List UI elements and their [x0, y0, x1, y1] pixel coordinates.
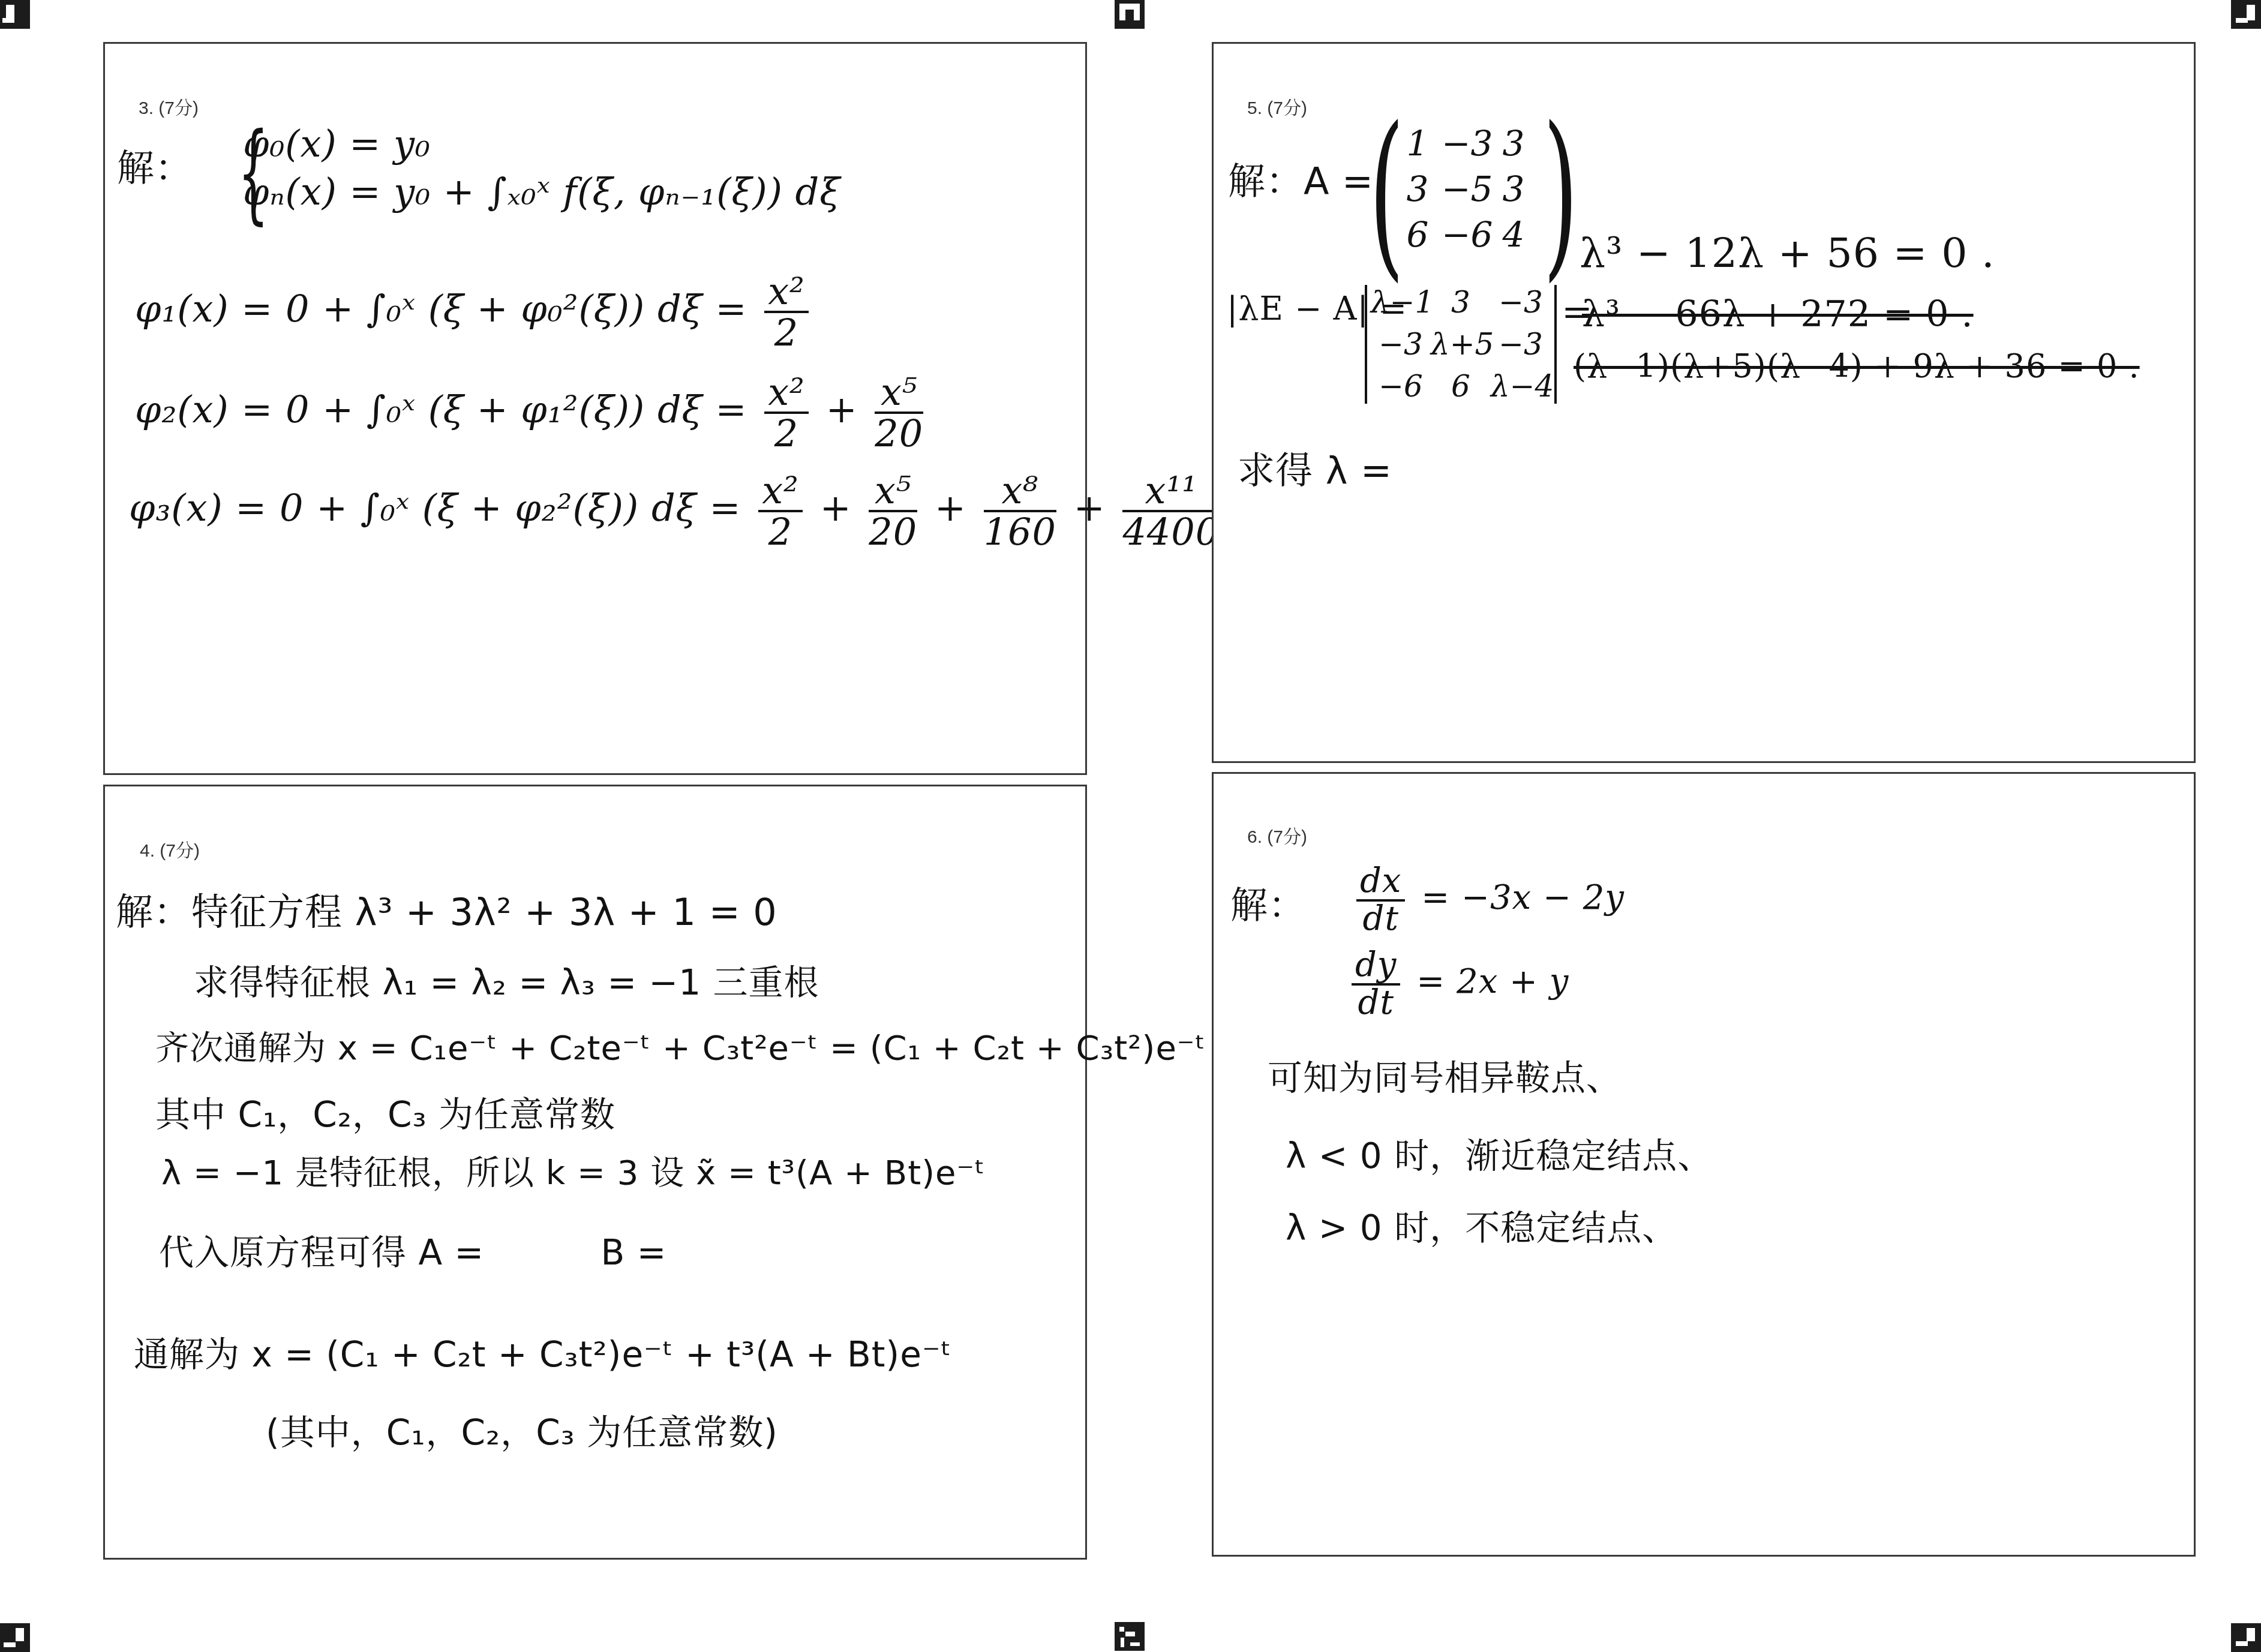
- system-line-1: φ₀(x) = y₀: [243, 122, 431, 166]
- answer-line-7: 通解为 x = (C₁ + C₂t + C₃t²)e⁻ᵗ + t³(A + Bt…: [134, 1326, 952, 1377]
- answer-box-q4: 4. (7分) 解：特征方程 λ³ + 3λ² + 3λ + 1 = 0 求得特…: [103, 785, 1087, 1560]
- system-line-2: φₙ(x) = y₀ + ∫ₓ₀ˣ f(ξ, φₙ₋₁(ξ)) dξ: [243, 170, 840, 214]
- registration-marker-bottom-center: [1115, 1622, 1145, 1651]
- question-label: 4. (7分): [140, 836, 200, 862]
- answer-box-q5: 5. (7分) 解：A = ( 1 −3 3 3 −5 3 6 −6 4 ) λ…: [1212, 42, 2196, 763]
- registration-marker-top-left: [0, 0, 30, 29]
- result-line: 求得 λ =: [1238, 441, 1392, 494]
- answer-line-2: 求得特征根 λ₁ = λ₂ = λ₃ = −1 三重根: [194, 954, 819, 1005]
- answer-line-1: 解：特征方程 λ³ + 3λ² + 3λ + 1 = 0: [116, 882, 777, 936]
- fraction: dy dt: [1352, 948, 1400, 1021]
- phi1-lhs: φ₁(x) = 0 + ∫₀ˣ (ξ + φ₀²(ξ)) dξ =: [135, 287, 747, 331]
- characteristic-equation: λ³ − 12λ + 56 = 0 .: [1580, 230, 1995, 277]
- equation-dx-dt: dx dt = −3x − 2y: [1352, 864, 1625, 937]
- struck-out-line-2: (λ−1)(λ+5)(λ−4) + 9λ + 36 = 0 .: [1574, 347, 2140, 385]
- conclusion-line-2: λ < 0 时，渐近稳定结点、: [1286, 1128, 1713, 1178]
- fraction: x² 2: [764, 272, 809, 352]
- phi2-lhs: φ₂(x) = 0 + ∫₀ˣ (ξ + φ₁²(ξ)) dξ =: [135, 388, 747, 431]
- fraction: x² 2: [758, 471, 803, 551]
- answer-box-q6: 6. (7分) 解： dx dt = −3x − 2y dy dt = 2x +…: [1212, 772, 2196, 1557]
- solve-prefix: 解：: [117, 139, 193, 192]
- answer-box-q3: 3. (7分) 解： { φ₀(x) = y₀ φₙ(x) = y₀ + ∫ₓ₀…: [103, 42, 1087, 775]
- registration-marker-top-center: [1115, 0, 1145, 29]
- determinant-matrix: λ−1 3 −3 −3 λ+5 −3 −6 6 λ−4: [1365, 285, 1557, 404]
- phi1-equation: φ₁(x) = 0 + ∫₀ˣ (ξ + φ₀²(ξ)) dξ = x² 2: [135, 272, 813, 352]
- answer-line-3: 齐次通解为 x = C₁e⁻ᵗ + C₂te⁻ᵗ + C₃t²e⁻ᵗ = (C₁…: [155, 1022, 1206, 1070]
- question-label: 5. (7分): [1247, 93, 1307, 119]
- answer-line-4: 其中 C₁，C₂，C₃ 为任意常数: [155, 1086, 615, 1137]
- fraction: x⁸ 160: [984, 471, 1056, 551]
- registration-marker-bottom-right: [2231, 1623, 2261, 1652]
- answer-line-5: λ = −1 是特征根，所以 k = 3 设 x̃ = t³(A + Bt)e⁻…: [161, 1146, 986, 1194]
- phi3-equation: φ₃(x) = 0 + ∫₀ˣ (ξ + φ₂²(ξ)) dξ = x² 2 +…: [129, 471, 1224, 551]
- answer-line-6: 代入原方程可得 A = B =: [159, 1224, 666, 1275]
- fraction: dx dt: [1356, 864, 1405, 937]
- solve-prefix: 解：: [1230, 876, 1306, 929]
- struck-out-line-1: λ³ − 66λ + 272 = 0 .: [1582, 293, 1974, 335]
- fraction: x⁵ 20: [869, 471, 917, 551]
- matrix-right-paren: ): [1543, 104, 1578, 284]
- registration-marker-top-right: [2231, 0, 2261, 29]
- registration-marker-bottom-left: [0, 1623, 30, 1652]
- matrix-A: 1 −3 3 3 −5 3 6 −6 4: [1394, 123, 1538, 255]
- fraction: x⁵ 20: [875, 373, 923, 453]
- equation-dy-dt: dy dt = 2x + y: [1347, 948, 1569, 1021]
- fraction: x¹¹ 4400: [1122, 471, 1220, 551]
- conclusion-line-3: λ > 0 时，不稳定结点、: [1286, 1200, 1677, 1250]
- question-label: 6. (7分): [1247, 822, 1307, 848]
- question-label: 3. (7分): [139, 93, 199, 119]
- phi2-equation: φ₂(x) = 0 + ∫₀ˣ (ξ + φ₁²(ξ)) dξ = x² 2 +…: [135, 373, 928, 453]
- fraction: x² 2: [764, 373, 809, 453]
- solve-prefix: 解：A =: [1228, 152, 1374, 205]
- answer-line-8: (其中，C₁，C₂，C₃ 为任意常数): [266, 1404, 778, 1455]
- phi3-lhs: φ₃(x) = 0 + ∫₀ˣ (ξ + φ₂²(ξ)) dξ =: [129, 486, 741, 530]
- conclusion-line-1: 可知为同号相异鞍点、: [1268, 1050, 1622, 1100]
